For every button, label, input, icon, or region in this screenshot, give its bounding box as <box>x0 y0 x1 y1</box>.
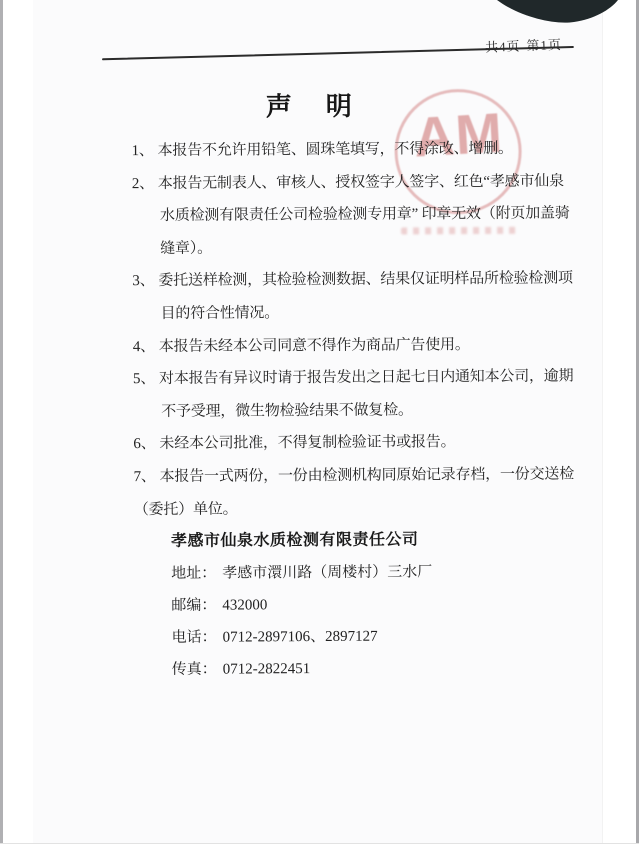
statement-text: 本报告一式两份，一份由检测机构同原始记录存档，一份交送检 <box>160 466 574 485</box>
statement-item-4: 4、本报告未经本公司同意不得作为商品广告使用。 <box>133 328 593 363</box>
statement-list: 1、本报告不允许用铅笔、圆珠笔填写，不得涂改、增删。 2、本报告无制表人、审核人… <box>132 132 594 526</box>
statement-item-6: 6、未经本公司批准，不得复制检验证书或报告。 <box>133 426 593 461</box>
phone-row: 电话：0712-2897106、2897127 <box>171 620 432 654</box>
statement-line: 目的符合性情况。 <box>132 295 592 330</box>
statement-text: 本报告未经本公司同意不得作为商品广告使用。 <box>159 337 470 355</box>
statement-line: 6、未经本公司批准，不得复制检验证书或报告。 <box>133 426 593 461</box>
statement-text: 未经本公司批准，不得复制检验证书或报告。 <box>159 435 455 453</box>
statement-line: 5、对本报告有异议时请于报告发出之日起七日内通知本公司，逾期 <box>133 360 593 395</box>
company-info-block: 孝感市仙泉水质检测有限责任公司 地址：孝感市澴川路（周楼村）三水厂 邮编：432… <box>171 529 433 686</box>
statement-text: 本报告不允许用铅笔、圆珠笔填写，不得涂改、增删。 <box>158 141 513 159</box>
statement-line: 缝章）。 <box>132 230 592 265</box>
postcode-label: 邮编： <box>171 598 216 614</box>
statement-number: 4、 <box>133 331 159 364</box>
page-content: 共4页第1页 声 明 AM 1、本报告不允许用铅笔、圆珠笔填写，不得涂改、增删。… <box>0 0 639 844</box>
statement-number: 3、 <box>132 265 158 298</box>
statement-number: 7、 <box>133 461 159 494</box>
phone-value: 0712-2897106、2897127 <box>223 629 378 646</box>
statement-line: 2、本报告无制表人、审核人、授权签字人签字、红色“孝感市仙泉 <box>132 165 592 200</box>
statement-line: 不予受理，微生物检验结果不做复检。 <box>133 393 593 428</box>
statement-item-5: 5、对本报告有异议时请于报告发出之日起七日内通知本公司，逾期 不予受理，微生物检… <box>133 360 593 428</box>
statement-number: 1、 <box>132 135 158 168</box>
statement-text: 委托送样检测，其检验检测数据、结果仅证明样品所检验检测项 <box>158 271 572 290</box>
page-number: 第1页 <box>526 37 562 53</box>
address-label: 地址： <box>171 566 216 582</box>
statement-number: 2、 <box>132 168 158 201</box>
statement-line: 水质检测有限责任公司检验检测专用章” 印章无效（附页加盖骑 <box>132 198 592 233</box>
page-info: 共4页第1页 <box>485 32 606 55</box>
statement-text: 对本报告有异议时请于报告发出之日起七日内通知本公司，逾期 <box>159 369 573 388</box>
statement-item-7: 7、本报告一式两份，一份由检测机构同原始记录存档，一份交送检 （委托）单位。 <box>133 458 593 526</box>
fax-value: 0712-2822451 <box>223 661 311 678</box>
statement-line: 3、委托送样检测，其检验检测数据、结果仅证明样品所检验检测项 <box>132 263 592 298</box>
statement-item-1: 1、本报告不允许用铅笔、圆珠笔填写，不得涂改、增删。 <box>132 132 592 167</box>
page-title: 声 明 <box>0 84 623 125</box>
company-name: 孝感市仙泉水质检测有限责任公司 <box>171 529 432 553</box>
statement-number: 5、 <box>133 363 159 396</box>
scanned-document-page: 共4页第1页 声 明 AM 1、本报告不允许用铅笔、圆珠笔填写，不得涂改、增删。… <box>0 0 639 844</box>
phone-label: 电话： <box>172 630 217 646</box>
statement-item-2: 2、本报告无制表人、审核人、授权签字人签字、红色“孝感市仙泉 水质检测有限责任公… <box>132 165 593 266</box>
fax-row: 传真：0712-2822451 <box>172 652 433 686</box>
statement-text: 本报告无制表人、审核人、授权签字人签字、红色“孝感市仙泉 <box>158 173 564 191</box>
address-value: 孝感市澴川路（周楼村）三水厂 <box>222 564 432 581</box>
postcode-value: 432000 <box>222 597 267 613</box>
statement-item-3: 3、委托送样检测，其检验检测数据、结果仅证明样品所检验检测项 目的符合性情况。 <box>132 263 592 331</box>
statement-line: （委托）单位。 <box>134 491 594 526</box>
company-contact-rows: 地址：孝感市澴川路（周楼村）三水厂 邮编：432000 电话：0712-2897… <box>171 556 433 686</box>
statement-line: 1、本报告不允许用铅笔、圆珠笔填写，不得涂改、增删。 <box>132 132 592 167</box>
fax-label: 传真： <box>172 662 217 678</box>
statement-line: 4、本报告未经本公司同意不得作为商品广告使用。 <box>133 328 593 363</box>
address-row: 地址：孝感市澴川路（周楼村）三水厂 <box>171 556 432 590</box>
postcode-row: 邮编：432000 <box>171 588 432 622</box>
statement-line: 7、本报告一式两份，一份由检测机构同原始记录存档，一份交送检 <box>133 458 593 493</box>
statement-number: 6、 <box>133 428 159 461</box>
